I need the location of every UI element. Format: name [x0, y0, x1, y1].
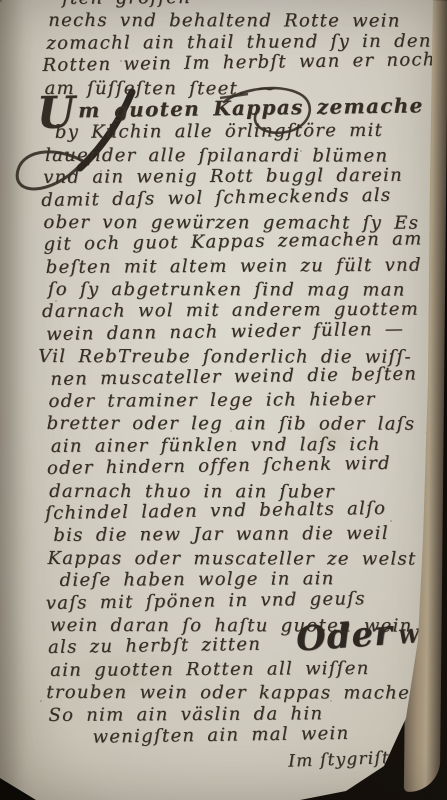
line-text: ſchindel laden vnd behalts alſo	[45, 498, 386, 524]
manuscript-line: git och guot Kappas zemachen am	[43, 228, 435, 256]
line-text: dieſe haben wolge in ain	[60, 568, 335, 591]
manuscript-line: oder traminer lege ich hieber	[48, 389, 436, 414]
line-text: beſten mit altem wein zu fült vnd	[46, 254, 422, 277]
manuscript-line: lauender alle ſpilanardi blümen	[45, 145, 435, 168]
line-text: Kappas oder muscateller ze welst	[47, 548, 416, 570]
line-text: Rotten wein Im herbſt wan er noch	[42, 49, 436, 76]
line-text: git och guot Kappas zemachen am	[43, 229, 422, 256]
line-text: ſo ſy abgetrunken ſind mag man	[48, 279, 406, 301]
manuscript-line: bretter oder leg ain ſib oder laſs ſy	[47, 413, 437, 436]
line-text: lauender alle ſpilanardi blümen	[45, 145, 388, 167]
manuscript-line: wenigſten ain mal wein	[92, 721, 438, 749]
manuscript-line: nechs vnd behaltend Rotte wein	[48, 10, 434, 33]
line-text: oder hindern offen ſchenk wird	[47, 453, 391, 479]
line-text: damit daſs wol ſchmeckends als	[41, 184, 391, 210]
manuscript-line: ain guotten Rotten all wiſſen	[50, 657, 438, 682]
manuscript-line: trouben wein oder kappas mache	[46, 682, 438, 705]
line-text: Um guoten Kappas zemache So	[37, 93, 447, 123]
manuscript-line: oder hindern offen ſchenk wird	[47, 452, 437, 480]
manuscript-line: ſten groſſen	[62, 0, 434, 10]
line-text: ain guotten Rotten all wiſſen	[50, 658, 370, 681]
manuscript-line: ſo ſy abgetrunken ſind mag man	[48, 279, 436, 302]
manuscript-line: by Küchin alle örlingſtöre mit	[55, 120, 435, 145]
line-text: trouben wein oder kappas mache	[46, 682, 410, 704]
manuscript-line: ſchindel laden vnd behalts alſo	[45, 497, 437, 525]
line-text: wein dann nach wieder füllen —	[46, 318, 404, 344]
line-text: oder traminer lege ich hieber	[48, 389, 375, 412]
manuscript-line: nen muscateller weind die beſten	[50, 363, 436, 391]
line-text: bretter oder leg ain ſib oder laſs ſy	[47, 413, 447, 435]
manuscript-photo: ſten groſſen nechs vnd behaltend Rotte w…	[0, 0, 447, 800]
line-text: ſten groſſen	[62, 0, 191, 9]
manuscript-line: bis die new Jar wann die weil	[53, 523, 437, 548]
manuscript-line: Rotten wein Im herbſt wan er noch	[42, 49, 434, 77]
line-text: wenigſten ain mal wein	[92, 723, 349, 748]
manuscript-line: beſten mit altem wein zu fült vnd	[46, 254, 436, 279]
line-text: nechs vnd behaltend Rotte wein	[48, 10, 401, 32]
paper-speckles	[0, 0, 2, 2]
line-text: vaſs mit ſpönen in vnd geuſs	[46, 588, 366, 614]
line-text: So nim ain väslin da hin	[48, 703, 323, 726]
manuscript-page: ſten groſſen nechs vnd behaltend Rotte w…	[0, 0, 447, 800]
manuscript-line: Um guoten Kappas zemache So	[37, 94, 435, 122]
line-text: by Küchin alle örlingſtöre mit	[55, 120, 383, 143]
gutter-shadow	[0, 0, 26, 800]
manuscript-line: wein dann nach wieder füllen —	[46, 318, 436, 346]
large-word-oder: Oder	[295, 613, 394, 660]
line-text: bis die new Jar wann die weil	[53, 523, 389, 546]
manuscript-line: Kappas oder muscateller ze welst	[47, 548, 437, 571]
line-text: als zu herbſt zitten	[48, 634, 261, 658]
